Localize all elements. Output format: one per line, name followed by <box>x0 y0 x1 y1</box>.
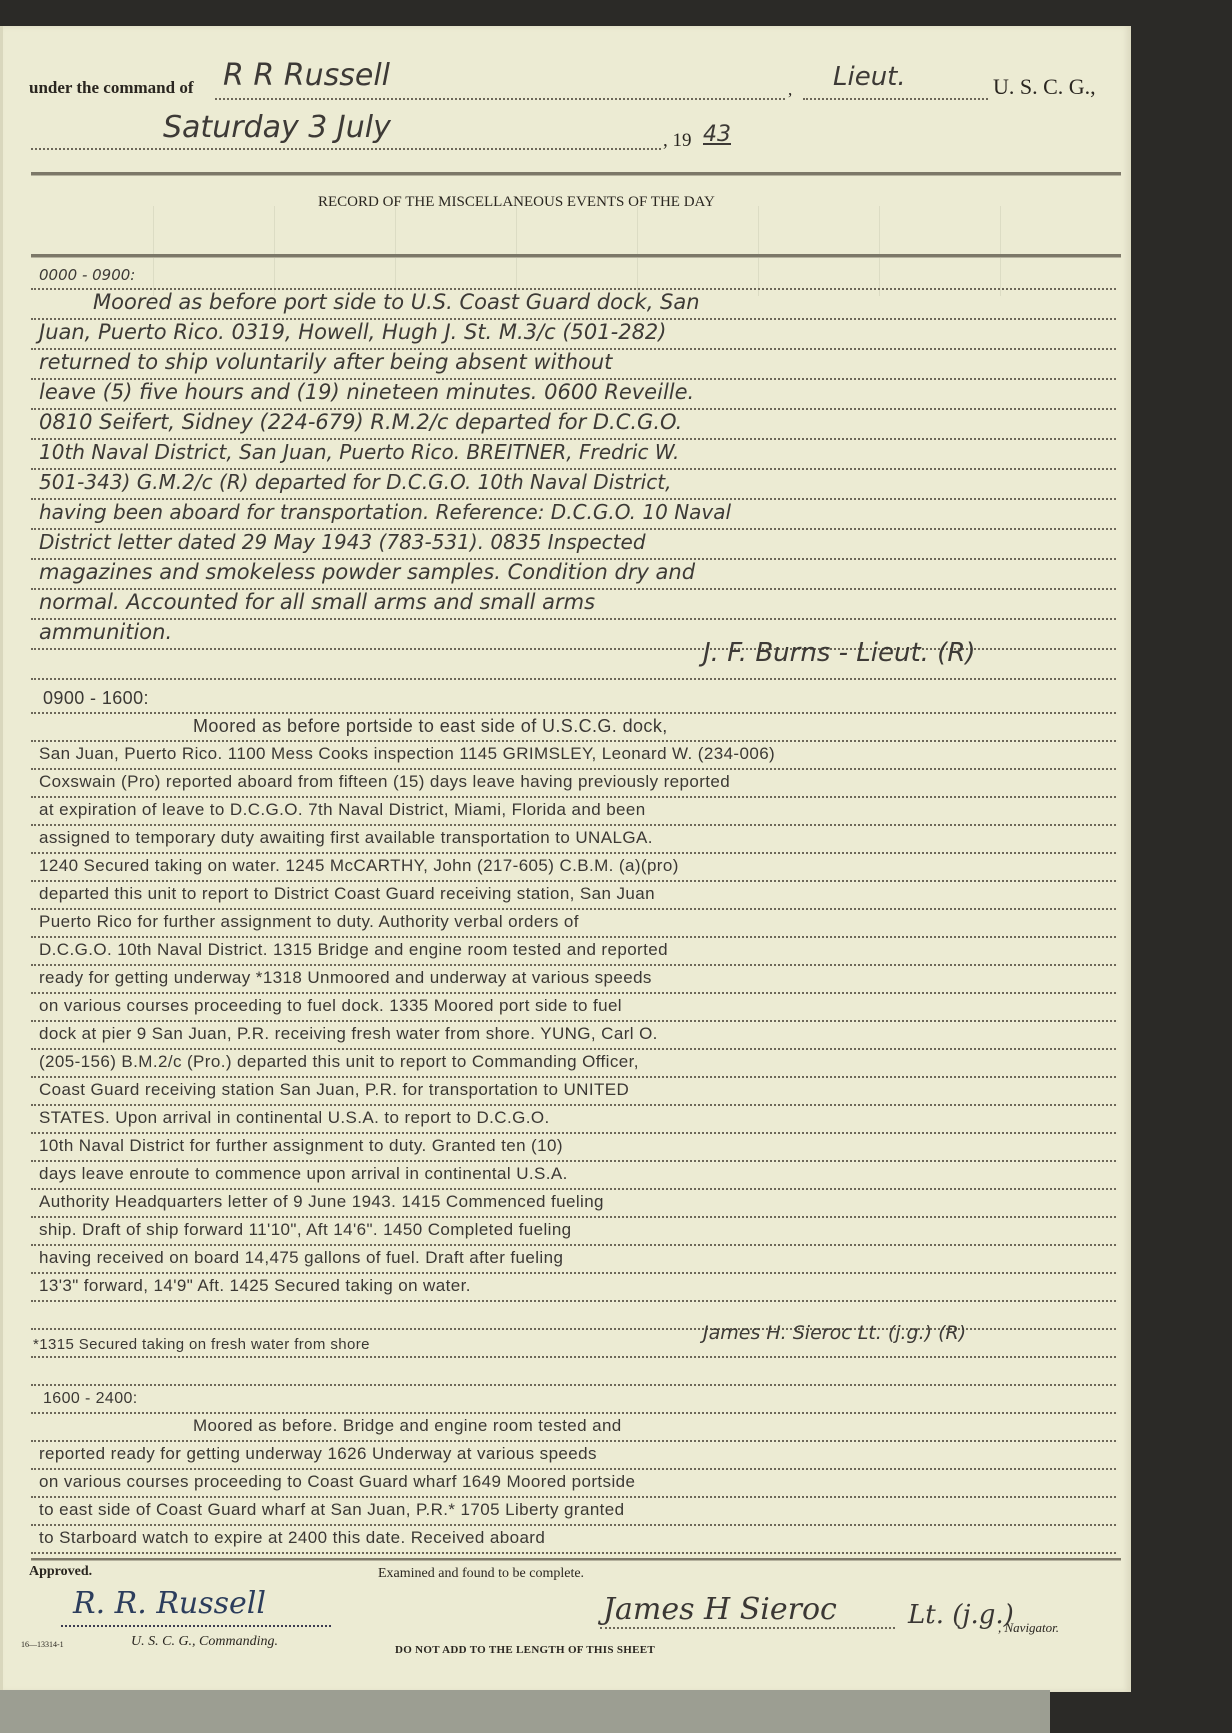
navigator-line <box>600 1627 895 1629</box>
year-prefix: , 19 <box>663 130 692 152</box>
ruled-line <box>31 768 1116 770</box>
commander-rank: Lieut. <box>833 62 906 92</box>
log-line: 10th Naval District, San Juan, Puerto Ri… <box>39 440 679 464</box>
ruled-line <box>31 1384 1116 1386</box>
log-line: leave (5) five hours and (19) nineteen m… <box>39 380 694 404</box>
section-rule <box>31 254 1121 258</box>
ruled-line <box>31 1272 1116 1274</box>
form-number: 16—13314-1 <box>21 1640 64 1649</box>
log-line: ship. Draft of ship forward 11'10", Aft … <box>39 1220 572 1240</box>
log-line: to east side of Coast Guard wharf at San… <box>39 1500 625 1520</box>
ruled-line <box>31 1300 1116 1302</box>
ruled-line <box>31 1048 1116 1050</box>
ruled-line <box>31 1076 1116 1078</box>
ruled-line <box>31 1244 1116 1246</box>
ruled-line <box>31 1160 1116 1162</box>
footer-rule <box>31 1558 1121 1561</box>
bleed-through-table <box>33 206 1118 296</box>
header-rule <box>31 172 1121 176</box>
ruled-line <box>31 1412 1116 1414</box>
year-suffix: 43 <box>703 122 731 147</box>
log-line: having been aboard for transportation. R… <box>39 500 731 524</box>
log-line: Moored as before port side to U.S. Coast… <box>93 290 700 314</box>
ruled-line <box>31 824 1116 826</box>
log-line: 0810 Seifert, Sidney (224-679) R.M.2/c d… <box>39 410 682 434</box>
log-line: 10th Naval District for further assignme… <box>39 1136 563 1156</box>
log-line: ammunition. <box>39 620 172 644</box>
section-title: RECORD OF THE MISCELLANEOUS EVENTS OF TH… <box>318 194 715 211</box>
service-label: U. S. C. G., <box>993 74 1096 100</box>
command-label: under the command of <box>29 78 194 98</box>
watch-period: 0900 - 1600: <box>43 688 149 709</box>
ruled-line <box>31 1440 1116 1442</box>
ruled-line <box>31 908 1116 910</box>
ruled-line <box>31 1356 1116 1358</box>
ruled-line <box>31 712 1116 714</box>
comma: , <box>788 80 792 100</box>
log-line: assigned to temporary duty awaiting firs… <box>39 828 653 848</box>
ruled-line <box>31 796 1116 798</box>
log-line: Coxswain (Pro) reported aboard from fift… <box>39 772 730 792</box>
log-line: 501-343) G.M.2/c (R) departed for D.C.G.… <box>39 470 671 494</box>
commanding-label: U. S. C. G., Commanding. <box>131 1634 278 1650</box>
log-line: D.C.G.O. 10th Naval District. 1315 Bridg… <box>39 940 668 960</box>
ruled-line <box>31 1104 1116 1106</box>
log-line: on various courses proceeding to fuel do… <box>39 996 622 1016</box>
ruled-line <box>31 880 1116 882</box>
log-line: departed this unit to report to District… <box>39 884 655 904</box>
ruled-line <box>31 852 1116 854</box>
navigator-label: , Navigator. <box>998 1620 1059 1636</box>
commander-name: R R Russell <box>223 58 390 93</box>
examined-label: Examined and found to be complete. <box>378 1566 584 1582</box>
ruled-line <box>31 1188 1116 1190</box>
approved-signature: R. R. Russell <box>73 1586 266 1621</box>
log-line: 13'3" forward, 14'9" Aft. 1425 Secured t… <box>39 1276 471 1296</box>
log-line: 1240 Secured taking on water. 1245 McCAR… <box>39 856 679 876</box>
commander-line <box>215 98 785 100</box>
log-line: Puerto Rico for further assignment to du… <box>39 912 579 932</box>
log-line: District letter dated 29 May 1943 (783-5… <box>39 530 646 554</box>
date-text: Saturday 3 July <box>163 110 391 145</box>
log-line: at expiration of leave to D.C.G.O. 7th N… <box>39 800 646 820</box>
log-line: Coast Guard receiving station San Juan, … <box>39 1080 629 1100</box>
watch-footnote: *1315 Secured taking on fresh water from… <box>33 1336 370 1353</box>
length-warning: DO NOT ADD TO THE LENGTH OF THIS SHEET <box>395 1644 655 1656</box>
ruled-line <box>31 740 1116 742</box>
ruled-line <box>31 1216 1116 1218</box>
log-line: ready for getting underway *1318 Unmoore… <box>39 968 652 988</box>
ruled-line <box>31 936 1116 938</box>
log-sheet: under the command of R R Russell , Lieut… <box>0 26 1131 1692</box>
navigator-signature: James H Sieroc <box>603 1592 837 1627</box>
underlying-sheet-edge <box>0 1690 1050 1733</box>
log-line: days leave enroute to commence upon arri… <box>39 1164 568 1184</box>
log-line: to Starboard watch to expire at 2400 thi… <box>39 1528 545 1548</box>
log-line: Moored as before. Bridge and engine room… <box>193 1416 622 1436</box>
log-line: normal. Accounted for all small arms and… <box>39 590 595 614</box>
ruled-line <box>31 678 1116 680</box>
ruled-line <box>31 1132 1116 1134</box>
ruled-line <box>31 1468 1116 1470</box>
log-line: Juan, Puerto Rico. 0319, Howell, Hugh J.… <box>39 320 667 344</box>
date-line <box>31 148 661 150</box>
log-line: returned to ship voluntarily after being… <box>39 350 612 374</box>
approved-label: Approved. <box>29 1564 92 1580</box>
rank-line <box>803 98 988 100</box>
commanding-line <box>61 1625 331 1627</box>
log-line: San Juan, Puerto Rico. 1100 Mess Cooks i… <box>39 744 775 764</box>
log-line: reported ready for getting underway 1626… <box>39 1444 597 1464</box>
ruled-line <box>31 618 1116 620</box>
log-line: (205-156) B.M.2/c (Pro.) departed this u… <box>39 1052 639 1072</box>
ruled-line <box>31 1552 1116 1554</box>
log-line: STATES. Upon arrival in continental U.S.… <box>39 1108 550 1128</box>
ruled-line <box>31 1524 1116 1526</box>
watch-signature: James H. Sieroc Lt. (j.g.) (R) <box>703 1322 966 1344</box>
watch-signature: J. F. Burns - Lieut. (R) <box>703 638 976 668</box>
log-line: on various courses proceeding to Coast G… <box>39 1472 635 1492</box>
ruled-line <box>31 1496 1116 1498</box>
log-line: having received on board 14,475 gallons … <box>39 1248 563 1268</box>
ruled-line <box>31 964 1116 966</box>
watch-period: 0000 - 0900: <box>39 266 135 284</box>
watch-period: 1600 - 2400: <box>43 1390 138 1408</box>
log-line: Moored as before portside to east side o… <box>193 716 668 737</box>
log-line: dock at pier 9 San Juan, P.R. receiving … <box>39 1024 658 1044</box>
ruled-line <box>31 992 1116 994</box>
log-line: magazines and smokeless powder samples. … <box>39 560 695 584</box>
log-line: Authority Headquarters letter of 9 June … <box>39 1192 604 1212</box>
ruled-line <box>31 1020 1116 1022</box>
